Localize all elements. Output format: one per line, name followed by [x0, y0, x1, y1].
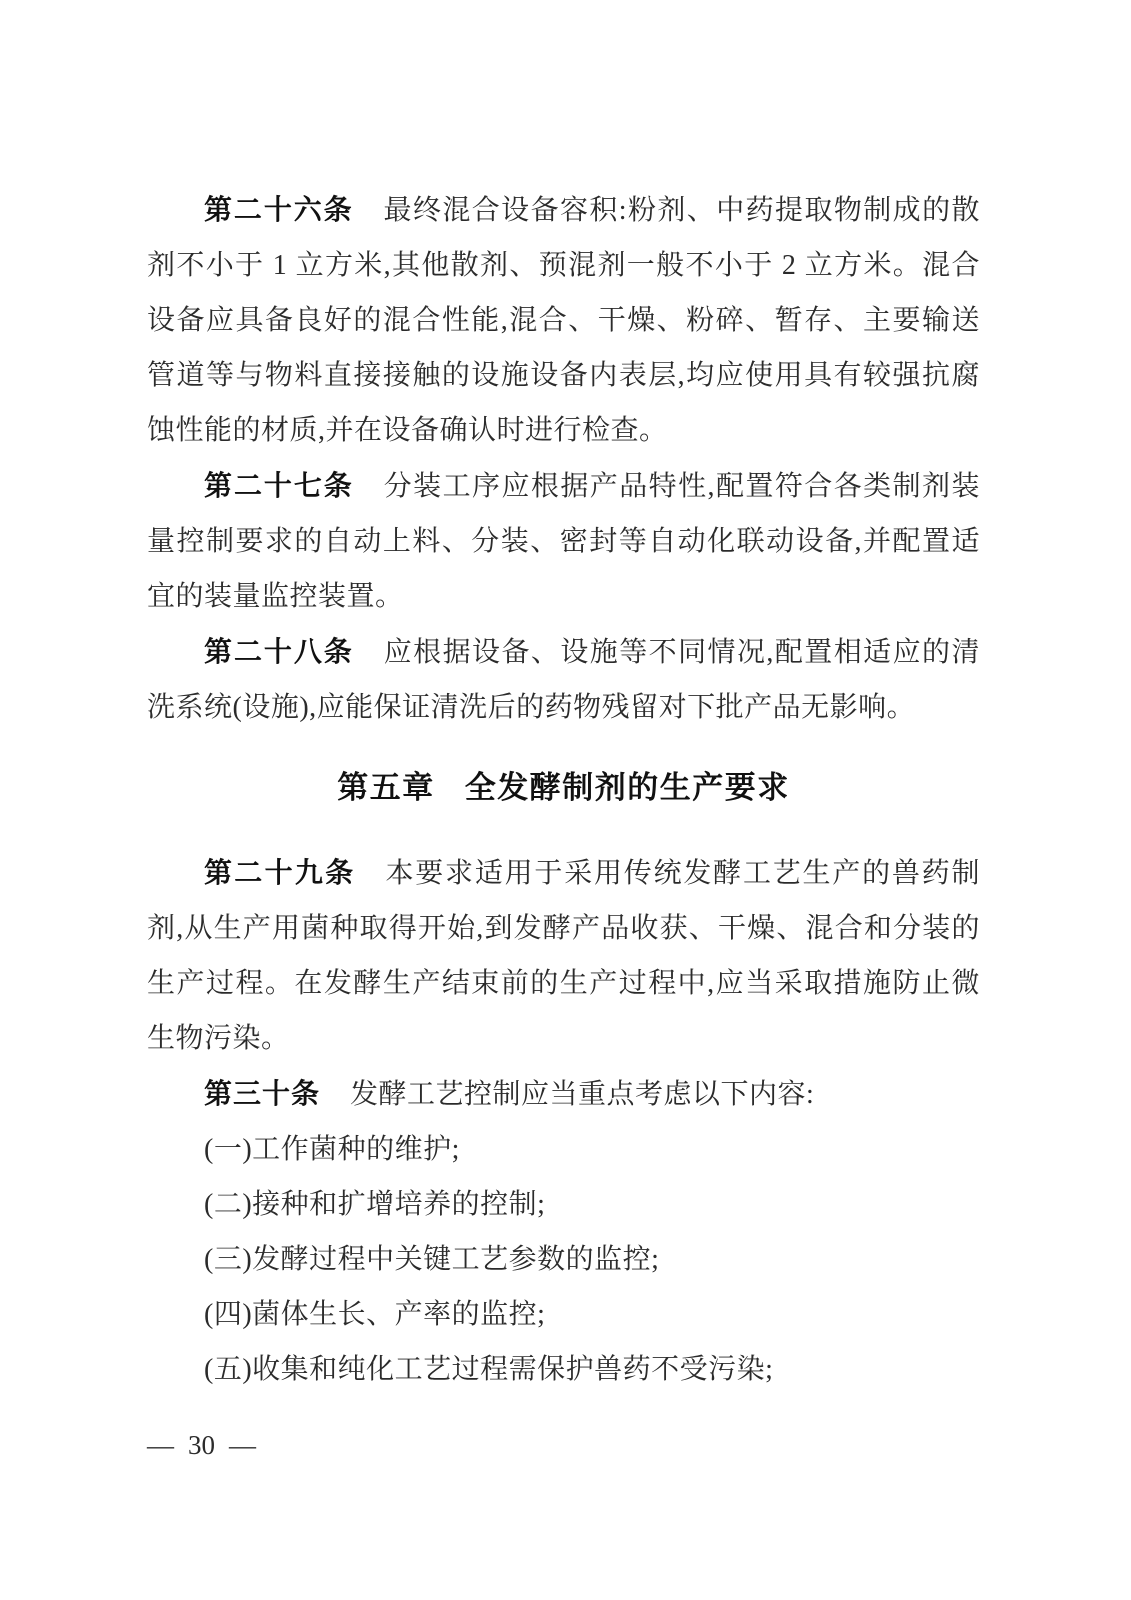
- page-footer: — 30 —: [147, 1424, 256, 1466]
- chapter-number: 第五章: [337, 770, 435, 805]
- list-item-4: (四)菌体生长、产率的监控;: [147, 1287, 980, 1342]
- article-30-paragraph: 第三十条发酵工艺控制应当重点考虑以下内容:: [147, 1066, 980, 1122]
- article-27-paragraph: 第二十七条分装工序应根据产品特性,配置符合各类制剂装量控制要求的自动上料、分装、…: [147, 458, 980, 624]
- article-28-label: 第二十八条: [204, 636, 354, 667]
- list-item-2: (二)接种和扩增培养的控制;: [147, 1177, 980, 1232]
- article-27-label: 第二十七条: [204, 470, 354, 501]
- chapter-heading: 第五章全发酵制剂的生产要求: [147, 760, 980, 815]
- article-29-label: 第二十九条: [204, 857, 355, 888]
- list-item-1: (一)工作菌种的维护;: [147, 1122, 980, 1177]
- document-page: 第二十六条最终混合设备容积:粉剂、中药提取物制成的散剂不小于 1 立方米,其他散…: [0, 0, 1131, 1600]
- article-26-body: 最终混合设备容积:粉剂、中药提取物制成的散剂不小于 1 立方米,其他散剂、预混剂…: [147, 195, 980, 446]
- chapter-title: 全发酵制剂的生产要求: [465, 770, 790, 805]
- footer-left-dash: —: [147, 1424, 174, 1466]
- article-30-body: 发酵工艺控制应当重点考虑以下内容:: [350, 1079, 814, 1110]
- footer-right-dash: —: [229, 1424, 256, 1466]
- list-item-3: (三)发酵过程中关键工艺参数的监控;: [147, 1232, 980, 1287]
- article-26-label: 第二十六条: [204, 194, 354, 225]
- article-26-paragraph: 第二十六条最终混合设备容积:粉剂、中药提取物制成的散剂不小于 1 立方米,其他散…: [147, 182, 980, 458]
- article-29-paragraph: 第二十九条本要求适用于采用传统发酵工艺生产的兽药制剂,从生产用菌种取得开始,到发…: [147, 845, 980, 1066]
- article-30-label: 第三十条: [204, 1078, 320, 1109]
- page-number: 30: [188, 1424, 215, 1466]
- article-28-paragraph: 第二十八条应根据设备、设施等不同情况,配置相适应的清洗系统(设施),应能保证清洗…: [147, 624, 980, 735]
- list-item-5: (五)收集和纯化工艺过程需保护兽药不受污染;: [147, 1342, 980, 1397]
- text-column: 第二十六条最终混合设备容积:粉剂、中药提取物制成的散剂不小于 1 立方米,其他散…: [147, 182, 980, 1397]
